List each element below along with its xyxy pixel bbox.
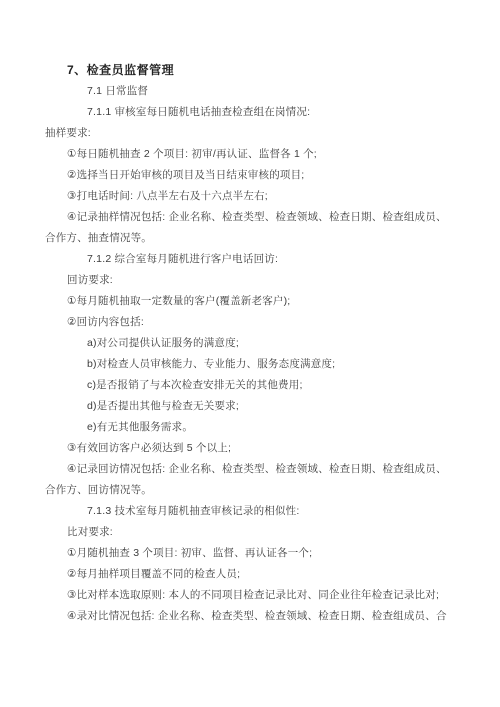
callback-content-subitem-d: d)是否提出其他与检查无关要求; <box>45 396 456 417</box>
comparison-list-item-1: ①月随机抽查 3 个项目: 初审、监督、再认证各一个; <box>45 543 456 564</box>
callback-list-item-1: ①每月随机抽取一定数量的客户(覆盖新老客户); <box>45 291 456 312</box>
section-heading: 7、检查员监督管理 <box>45 60 456 81</box>
document-page: 7、检查员监督管理 7.1 日常监督 7.1.1 审核室每日随机电话抽查检查组在… <box>0 0 500 707</box>
callback-content-subitem-e: e)有无其他服务需求。 <box>45 417 456 438</box>
comparison-requirements-label: 比对要求: <box>45 522 456 543</box>
comparison-list-item-3: ③比对样本选取原则: 本人的不同项目检查记录比对、同企业往年检查记录比对; <box>45 585 456 606</box>
callback-content-subitem-a: a)对公司提供认证服务的满意度; <box>45 333 456 354</box>
sampling-list-item-1: ①每日随机抽查 2 个项目: 初审/再认证、监督各 1 个; <box>45 144 456 165</box>
callback-content-subitem-c: c)是否报销了与本次检查安排无关的其他费用; <box>45 375 456 396</box>
sampling-list-item-2: ②选择当日开始审核的项目及当日结束审核的项目; <box>45 165 456 186</box>
sampling-list-item-3: ③打电话时间: 八点半左右及十六点半左右; <box>45 186 456 207</box>
comparison-list-item-2: ②每月抽样项目覆盖不同的检查人员; <box>45 564 456 585</box>
comparison-list-item-4: ④录对比情况包括: 企业名称、检查类型、检查领域、检查日期、检查组成员、合 <box>45 606 456 627</box>
callback-list-item-3: ③有效回访客户必须达到 5 个以上; <box>45 438 456 459</box>
clause-heading-7-1-1: 7.1.1 审核室每日随机电话抽查检查组在岗情况: <box>45 102 456 123</box>
callback-content-subitem-b: b)对检查人员审核能力、专业能力、服务态度满意度; <box>45 354 456 375</box>
callback-requirements-label: 回访要求: <box>45 270 456 291</box>
callback-list-item-4-continuation: 合作方、回访情况等。 <box>45 480 456 501</box>
clause-heading-7-1-2: 7.1.2 综合室每月随机进行客户电话回访: <box>45 249 456 270</box>
sampling-requirements-label: 抽样要求: <box>45 123 456 144</box>
sampling-list-item-4-continuation: 合作方、抽查情况等。 <box>45 228 456 249</box>
clause-heading-7-1-3: 7.1.3 技术室每月随机抽查审核记录的相似性: <box>45 501 456 522</box>
callback-list-item-4: ④记录回访情况包括: 企业名称、检查类型、检查领域、检查日期、检查组成员、 <box>45 459 456 480</box>
sampling-list-item-4: ④记录抽样情况包括: 企业名称、检查类型、检查领域、检查日期、检查组成员、 <box>45 207 456 228</box>
callback-list-item-2: ②回访内容包括: <box>45 312 456 333</box>
subsection-heading-7-1: 7.1 日常监督 <box>45 81 456 102</box>
